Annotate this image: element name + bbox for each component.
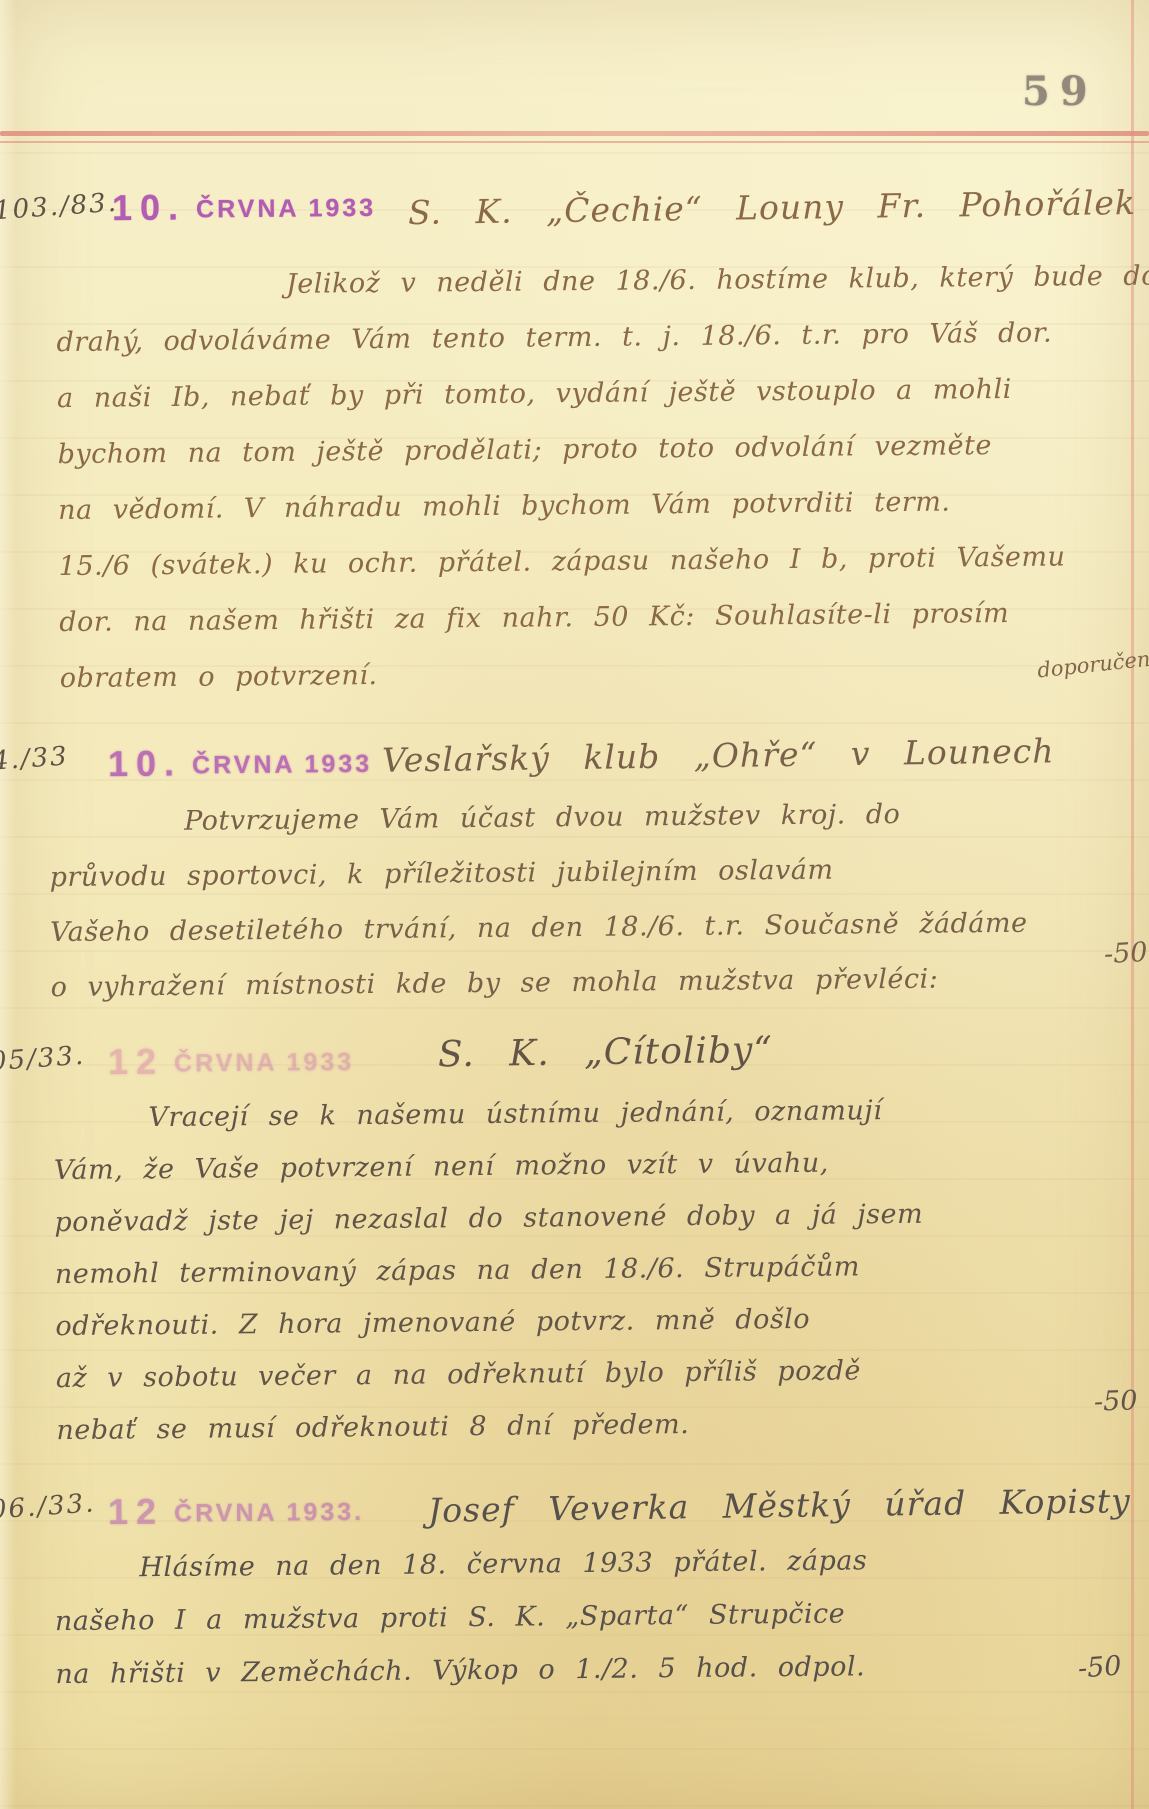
- entry-1-line: a naši Ib, nebať by při tomto, vydání je…: [57, 373, 1112, 439]
- entry-3-title: S. K. „Cítoliby“: [438, 1030, 773, 1076]
- ledger-page: 59 103./83. 10.ČRVNA 1933 S. K. „Čechie“…: [0, 0, 1149, 1809]
- stamp-month-year: ČRVNA 1933.: [174, 1498, 364, 1528]
- entry-1-line: dor. na našem hřišti za fix nahr. 50 Kč:…: [59, 597, 1114, 663]
- stamp-day: 10.: [112, 187, 186, 229]
- entry-2-line: průvodu sportovci, k příležitosti jubile…: [49, 852, 1109, 917]
- entry-2-line: Potvrzujeme Vám účast dvou mužstev kroj.…: [49, 797, 1109, 862]
- entry-1-date-stamp: 10.ČRVNA 1933: [112, 185, 376, 229]
- entry-2-margin-note: -50: [1103, 937, 1148, 970]
- entry-2-body: Potvrzujeme Vám účast dvou mužstev kroj.…: [49, 797, 1111, 1027]
- entry-4-date-stamp: 12ČRVNA 1933.: [108, 1489, 364, 1533]
- page-number: 59: [1022, 68, 1098, 115]
- entry-1-line: bychom na tom ještě prodělati; proto tot…: [57, 429, 1112, 495]
- entry-4-line: na hřišti v Zeměchách. Výkop o 1./2. 5 h…: [55, 1649, 1115, 1712]
- entry-1-body: Jelikož v neděli dne 18./6. hostíme klub…: [56, 261, 1115, 719]
- entry-2-title: Veslařský klub „Ohře“ v Lounech: [382, 731, 1055, 779]
- entry-1-line: na vědomí. V náhradu mohli bychom Vám po…: [58, 485, 1113, 551]
- entry-4-body: Hlásíme na den 18. června 1933 přátel. z…: [54, 1543, 1115, 1712]
- entry-1-line: Jelikož v neděli dne 18./6. hostíme klub…: [56, 261, 1111, 327]
- entry-1-ref: 103./83.: [0, 188, 119, 227]
- rule-thin: [0, 141, 1149, 143]
- entry-1-line: drahý, odvoláváme Vám tento term. t. j. …: [56, 317, 1111, 383]
- entry-2-line: o vyhražení místnosti kde by se mohla mu…: [51, 962, 1111, 1027]
- stamp-day: 12: [108, 1041, 164, 1082]
- entry-3-line: nebať se musí odřeknouti 8 dní předem.: [56, 1405, 1116, 1467]
- page-left-edge: [0, 0, 16, 1809]
- entry-2-date-stamp: 10.ČRVNA 1933: [108, 741, 372, 785]
- entry-4-title: Josef Veverka Městký úřad Kopisty: [428, 1481, 1131, 1530]
- entry-1-line: 15./6 (svátek.) ku ochr. přátel. zápasu …: [59, 541, 1114, 607]
- stamp-day: 10.: [108, 743, 182, 785]
- entry-2-ref: 4./33: [0, 741, 70, 776]
- rule-thick: [0, 131, 1149, 136]
- entry-1-line: obratem o potvrzení.: [60, 653, 1115, 719]
- stamp-day: 12: [108, 1491, 164, 1532]
- entry-3-margin-note: -50: [1093, 1385, 1138, 1417]
- stamp-month-year: ČRVNA 1933: [192, 750, 372, 780]
- header-double-rule: [0, 131, 1149, 147]
- stamp-month-year: ČRVNA 1933: [174, 1048, 354, 1078]
- entry-3-body: Vracejí se k našemu ústnímu jednání, ozn…: [53, 1093, 1116, 1467]
- entry-1-title: S. K. „Čechie“ Louny Fr. Pohořálek: [408, 183, 1136, 232]
- entry-3-date-stamp: 12ČRVNA 1933: [108, 1039, 354, 1083]
- entry-4-margin-note: -50: [1076, 1651, 1122, 1685]
- entry-2-line: Vašeho desetiletého trvání, na den 18./6…: [50, 907, 1110, 972]
- entry-4-ref: 06./33.: [0, 1488, 96, 1525]
- stamp-month-year: ČRVNA 1933: [196, 194, 376, 224]
- entry-3-ref: 05/33.: [0, 1041, 86, 1078]
